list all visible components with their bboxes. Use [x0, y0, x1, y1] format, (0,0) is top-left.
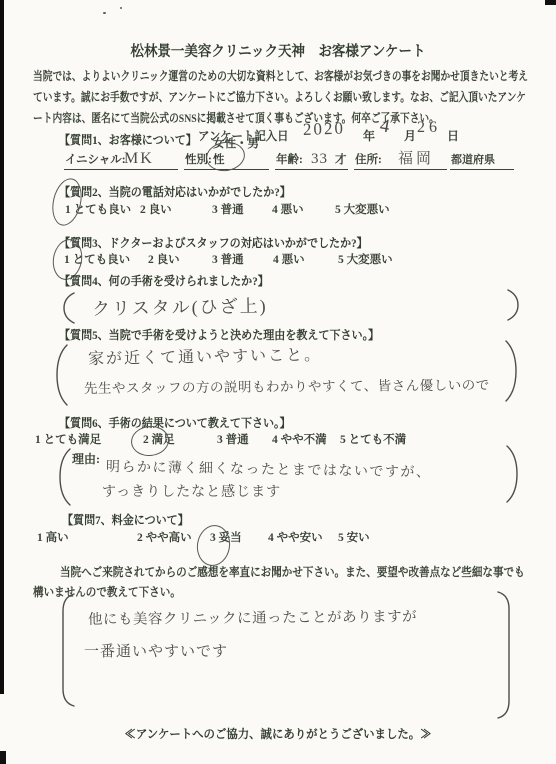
q6-reason-line-2: すっきりしたなと感じます: [102, 481, 281, 501]
comments-answer-line-1: 他にも美容クリニックに通ったことがありますが: [88, 605, 417, 629]
scan-speck: [103, 12, 106, 14]
intro-line-1: 当院では、よりよいクリニック運営のための大切な資料として、お客様がお気づきの事を…: [33, 66, 528, 87]
q6-reason-bracket-right: [505, 445, 519, 503]
q6-option-1: 1 とても満足: [35, 431, 101, 447]
age-value: 33: [311, 151, 328, 168]
age-label: 年齢:: [276, 151, 303, 167]
q6-reason-label: 理由:: [72, 450, 100, 467]
intro-line-3: ート内容は、匿名にて当院公式のSNSに掲載させて頂く事もございます。何卒ご了承下…: [33, 108, 439, 129]
question-3-heading: 【質問3、ドクターおよびスタッフの対応はいかがでしたか?】: [59, 234, 368, 251]
q6-option-5: 5 とても不満: [340, 431, 406, 447]
q2-option-5: 5 大変悪い: [335, 201, 390, 217]
q4-answer-bracket-left: [62, 292, 76, 324]
date-month-unit: 月: [404, 127, 416, 144]
comments-bracket-left: [61, 593, 76, 707]
q2-option-3: 3 普通: [212, 201, 244, 217]
question-1-heading: 【質問1、お客様について】: [59, 131, 197, 148]
q5-answer-bracket-left: [55, 344, 69, 406]
initial-value: MK: [124, 150, 154, 168]
scan-corner-bottom-left: [0, 751, 6, 764]
q4-answer-text: クリスタル(ひざ上): [92, 292, 268, 321]
q5-answer-bracket-right: [504, 340, 518, 402]
q3-option-5: 5 大変悪い: [338, 251, 393, 267]
footer-thanks: ≪アンケートへのご協力、誠にありがとうございました。≫: [14, 725, 542, 742]
comments-answer-line-2: 一番通いやすいです: [84, 640, 228, 661]
q7-option-2: 2 やや高い: [137, 529, 192, 545]
date-year-value: 2020: [303, 119, 346, 140]
address-label: 住所:: [355, 151, 382, 167]
scan-speck: [120, 7, 122, 9]
q6-reason-bracket-left: [58, 448, 72, 506]
age-field: 年齢: 33 才: [275, 148, 348, 170]
q6-option-4: 4 やや不満: [272, 431, 327, 447]
q7-option-4: 4 やや安い: [268, 529, 323, 545]
age-unit: 才: [335, 151, 347, 167]
scan-corner-top-right: [545, 0, 556, 5]
q7-option-5: 5 安い: [338, 529, 370, 545]
question-4-heading: 【質問4、何の手術を受けられましたか?】: [59, 272, 269, 289]
question-2-heading: 【質問2、当院の電話対応はいかがでしたか?】: [59, 183, 291, 200]
q2-option-2: 2 良い: [140, 201, 172, 217]
q3-option-4: 4 悪い: [273, 251, 305, 267]
q7-option-1: 1 高い: [37, 529, 69, 545]
address-value: 福岡: [398, 147, 434, 168]
intro-line-2: ています。誠にお手数ですが、アンケートにご協力下さい。よろしくお願い致します。な…: [33, 87, 526, 108]
comments-prompt-line-2: 構いませんので教えて下さい。: [33, 583, 181, 600]
date-day-unit: 日: [447, 127, 459, 144]
q5-answer-line-2: 先生やスタッフの方の説明もわかりやすくて、皆さん優しいので: [84, 373, 490, 397]
q2-option-4: 4 悪い: [272, 201, 304, 217]
address-field: 住所: 福岡: [354, 148, 447, 170]
date-year-unit: 年: [363, 127, 375, 144]
q5-answer-line-1: 家が近くて通いやすいこと。: [88, 342, 322, 369]
initial-field: イニシャル: MK: [64, 148, 178, 170]
q3-option-3: 3 普通: [212, 251, 244, 267]
initial-label: イニシャル:: [65, 151, 126, 167]
date-day-value: 26: [417, 119, 441, 137]
comments-bracket-right: [496, 591, 511, 719]
q6-option-3: 3 普通: [217, 431, 249, 447]
survey-title: 松林景一美容クリニック天神 お客様アンケート: [19, 40, 536, 61]
prefecture-suffix: 都道府県: [451, 151, 495, 167]
scan-edge-left: [0, 0, 4, 694]
question-5-heading: 【質問5、当院で手術を受けようと決めた理由を教えて下さい。】: [59, 326, 379, 343]
q4-answer-bracket-right: [506, 289, 520, 321]
prefecture-suffix-field: 都道府県: [450, 148, 514, 170]
q3-option-2: 2 良い: [148, 251, 180, 267]
q6-reason-line-1: 明らかに薄く細くなったとまではないですが、: [106, 456, 432, 482]
question-6-heading: 【質問6、手術の結果について教えて下さい。】: [59, 414, 291, 431]
survey-document: 松林景一美容クリニック天神 お客様アンケート 当院では、よりよいクリニック運営の…: [0, 0, 556, 764]
question-7-heading: 【質問7、料金について】: [62, 511, 189, 528]
comments-prompt-line-1: 当院へご来院されてからのご感想を率直にお聞かせ下さい。また、要望や改善点など些細…: [60, 563, 525, 580]
